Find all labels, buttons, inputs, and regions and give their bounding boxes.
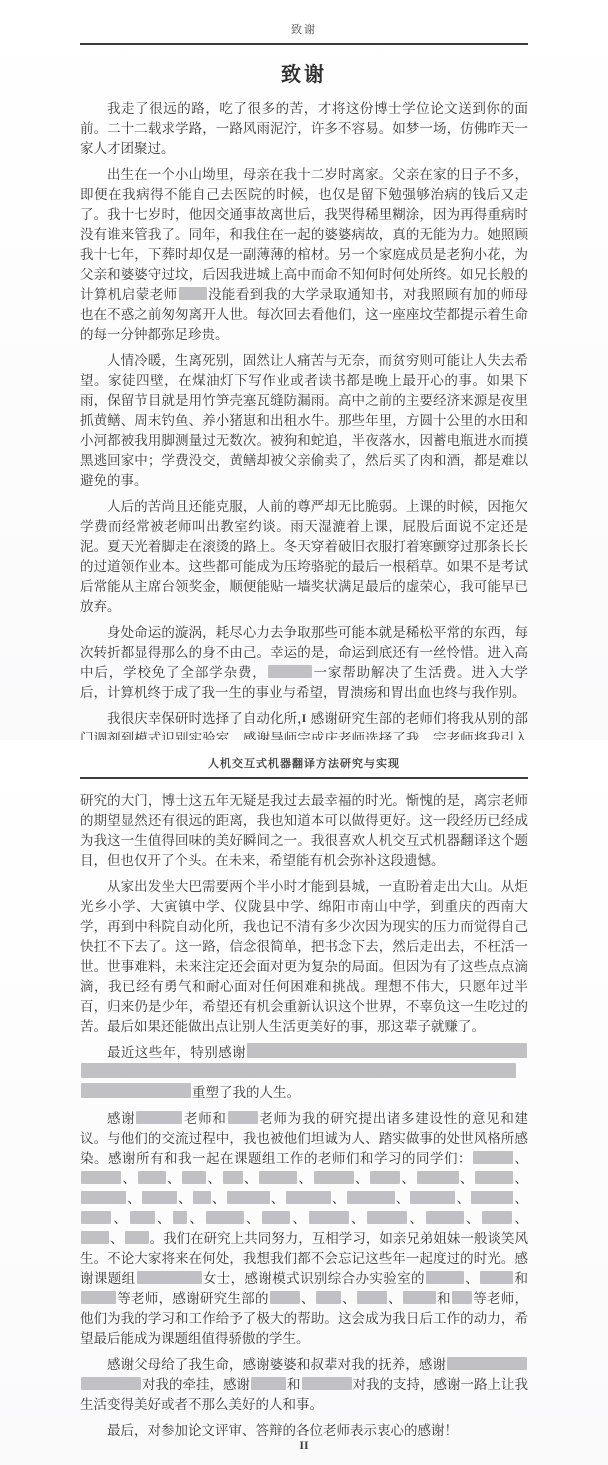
redaction-block xyxy=(81,1211,111,1224)
redaction-block xyxy=(228,1111,258,1124)
redaction-block xyxy=(227,1191,270,1204)
header-rule xyxy=(80,43,528,45)
redaction-block xyxy=(193,1191,211,1204)
thesis-page-2: 人机交互式机器翻译方法研究与实现 研究的大门，博士这五年无疑是我过去最幸福的时光… xyxy=(0,740,608,1465)
page-1-content: 致谢 致谢 我走了很远的路，吃了很多的苦，才将这份博士学位论文送到你的面前。二十… xyxy=(80,0,528,740)
redaction-block xyxy=(452,1291,472,1304)
redaction-block xyxy=(410,1191,455,1204)
redaction-block xyxy=(447,1357,527,1370)
redaction-block xyxy=(136,1111,182,1124)
redaction-block xyxy=(480,1271,513,1284)
redaction-block xyxy=(314,1171,354,1184)
paragraph: 我走了很远的路，吃了很多的苦，才将这份博士学位论文送到你的面前。二十二载求学路，… xyxy=(80,99,528,159)
redaction-block xyxy=(81,1063,516,1078)
page-number: I xyxy=(0,711,608,726)
redaction-block xyxy=(482,1211,512,1224)
redaction-block xyxy=(142,1191,177,1204)
paragraph: 最近这些年，特别感谢重塑了我的人生。 xyxy=(80,1043,528,1103)
paragraph: 人情冷暖，生离死别，固然让人痛苦与无奈，而贫穷则可能让人失去希望。家徒四壁，在煤… xyxy=(80,351,528,491)
redaction-block xyxy=(81,1191,126,1204)
redaction-block xyxy=(471,1191,513,1204)
paragraph: 研究的大门，博士这五年无疑是我过去最幸福的时光。惭愧的是，离宗老师的期望显然还有… xyxy=(80,791,528,871)
thesis-page-1: 致谢 致谢 我走了很远的路，吃了很多的苦，才将这份博士学位论文送到你的面前。二十… xyxy=(0,0,608,740)
redaction-block xyxy=(475,1171,513,1184)
redaction-block xyxy=(370,1171,400,1184)
redaction-block xyxy=(81,1171,121,1184)
redaction-block xyxy=(286,1191,331,1204)
redaction-block xyxy=(367,1211,407,1224)
redaction-block xyxy=(173,1211,187,1224)
paragraphs-container: 研究的大门，博士这五年无疑是我过去最幸福的时光。惭愧的是，离宗老师的期望显然还有… xyxy=(80,791,528,1441)
running-header: 人机交互式机器翻译方法研究与实现 xyxy=(80,740,528,772)
paragraph: 身处命运的漩涡，耗尽心力去争取那些可能本就是稀松平常的东西，每次转折都显得那么的… xyxy=(80,623,528,703)
redaction-block xyxy=(309,1211,349,1224)
redaction-block xyxy=(137,1271,202,1284)
redaction-block xyxy=(426,1271,464,1284)
redaction-block xyxy=(81,1377,141,1390)
redaction-block xyxy=(357,1291,387,1304)
page-title: 致谢 xyxy=(80,61,528,89)
redaction-block xyxy=(206,1211,244,1224)
redaction-block xyxy=(259,1171,297,1184)
redaction-block xyxy=(426,1211,464,1224)
redaction-block xyxy=(179,287,207,300)
paragraph: 人后的苦尚且还能克服，人前的尊严却无比脆弱。上课的时候，因拖欠学费而经常被老师叫… xyxy=(80,497,528,617)
paragraph: 从家出发坐大巴需要两个半小时才能到县城，一直盼着走出大山。从炬光乡小学、大寅镇中… xyxy=(80,877,528,1037)
redaction-block xyxy=(403,1291,436,1304)
redaction-block xyxy=(251,1377,286,1390)
redaction-block xyxy=(81,1231,109,1244)
paragraph: 感谢父母给了我生命，感谢婆婆和叔辈对我的抚养，感谢对我的牵挂，感谢和对我的支持，… xyxy=(80,1355,528,1415)
paragraphs-container: 我走了很远的路，吃了很多的苦，才将这份博士学位论文送到你的面前。二十二载求学路，… xyxy=(80,99,528,740)
redaction-block xyxy=(182,1171,206,1184)
redaction-block xyxy=(417,1171,459,1184)
running-header: 致谢 xyxy=(80,0,528,38)
redaction-block xyxy=(81,1291,116,1304)
redaction-block xyxy=(347,1191,395,1204)
redaction-block xyxy=(125,1231,149,1244)
page-number: II xyxy=(0,1438,608,1453)
header-rule xyxy=(80,777,528,779)
redaction-block xyxy=(302,1377,352,1390)
page-2-content: 人机交互式机器翻译方法研究与实现 研究的大门，博士这五年无疑是我过去最幸福的时光… xyxy=(80,740,528,1441)
redaction-block xyxy=(268,665,312,678)
paragraph: 感谢老师和老师为我的研究提出诸多建设性的意见和建议。与他们的交流过程中，我也被他… xyxy=(80,1109,528,1349)
redaction-block xyxy=(473,1151,513,1164)
redaction-block xyxy=(316,1291,341,1304)
paragraph: 出生在一个小山坳里，母亲在我十二岁时离家。父亲在家的日子不多，即便在我病得不能自… xyxy=(80,165,528,345)
redaction-block xyxy=(270,1291,300,1304)
redaction-block xyxy=(130,1211,155,1224)
redaction-block xyxy=(81,1083,191,1098)
redaction-block xyxy=(247,1043,527,1058)
redaction-block xyxy=(262,1211,290,1224)
redaction-block xyxy=(223,1171,243,1184)
redaction-block xyxy=(138,1171,166,1184)
